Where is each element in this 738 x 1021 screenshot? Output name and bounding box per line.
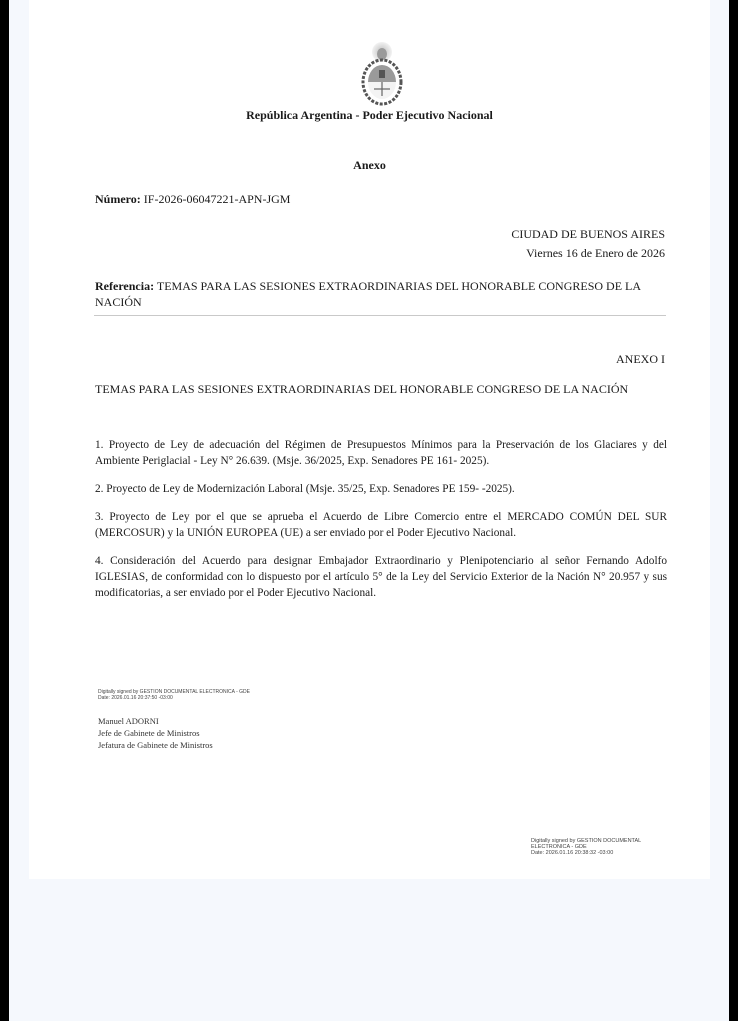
screen-edge-right <box>729 0 738 1021</box>
document-title: Anexo <box>29 158 710 173</box>
document-number-value: IF-2026-06047221-APN-JGM <box>144 192 291 206</box>
annex-item: 2. Proyecto de Ley de Modernización Labo… <box>95 481 667 497</box>
signature-date: Date: 2026.01.16 20:37:50 -03:00 <box>98 695 250 701</box>
reference-label: Referencia: <box>95 279 154 293</box>
document-page: República Argentina - Poder Ejecutivo Na… <box>29 0 710 879</box>
annex-item: 4. Consideración del Acuerdo para design… <box>95 553 667 601</box>
annex-items: 1. Proyecto de Ley de adecuación del Rég… <box>95 437 667 613</box>
annex-label: ANEXO I <box>616 352 665 367</box>
document-number-label: Número: <box>95 192 141 206</box>
digital-signature-stamp: Digitally signed by GESTION DOCUMENTAL E… <box>98 689 250 701</box>
signer-block: Manuel ADORNI Jefe de Gabinete de Minist… <box>98 715 213 751</box>
signer-name: Manuel ADORNI <box>98 715 213 727</box>
document-date: Viernes 16 de Enero de 2026 <box>526 246 665 261</box>
signer-office: Jefatura de Gabinete de Ministros <box>98 739 213 751</box>
header-title: República Argentina - Poder Ejecutivo Na… <box>29 108 710 123</box>
annex-title: TEMAS PARA LAS SESIONES EXTRAORDINARIAS … <box>95 382 628 397</box>
city: CIUDAD DE BUENOS AIRES <box>511 227 665 242</box>
signature-date: Date: 2026.01.16 20:38:32 -03:00 <box>531 850 671 856</box>
digital-signature-stamp-2: Digitally signed by GESTION DOCUMENTAL E… <box>531 838 671 856</box>
annex-item: 3. Proyecto de Ley por el que se aprueba… <box>95 509 667 541</box>
reference: Referencia: TEMAS PARA LAS SESIONES EXTR… <box>95 278 667 310</box>
annex-item: 1. Proyecto de Ley de adecuación del Rég… <box>95 437 667 469</box>
screen-edge-left <box>0 0 9 1021</box>
divider <box>94 315 666 316</box>
argentina-coat-of-arms-icon <box>358 40 406 112</box>
reference-value: TEMAS PARA LAS SESIONES EXTRAORDINARIAS … <box>95 279 640 309</box>
signer-role: Jefe de Gabinete de Ministros <box>98 727 213 739</box>
document-number: Número: IF-2026-06047221-APN-JGM <box>95 192 290 207</box>
